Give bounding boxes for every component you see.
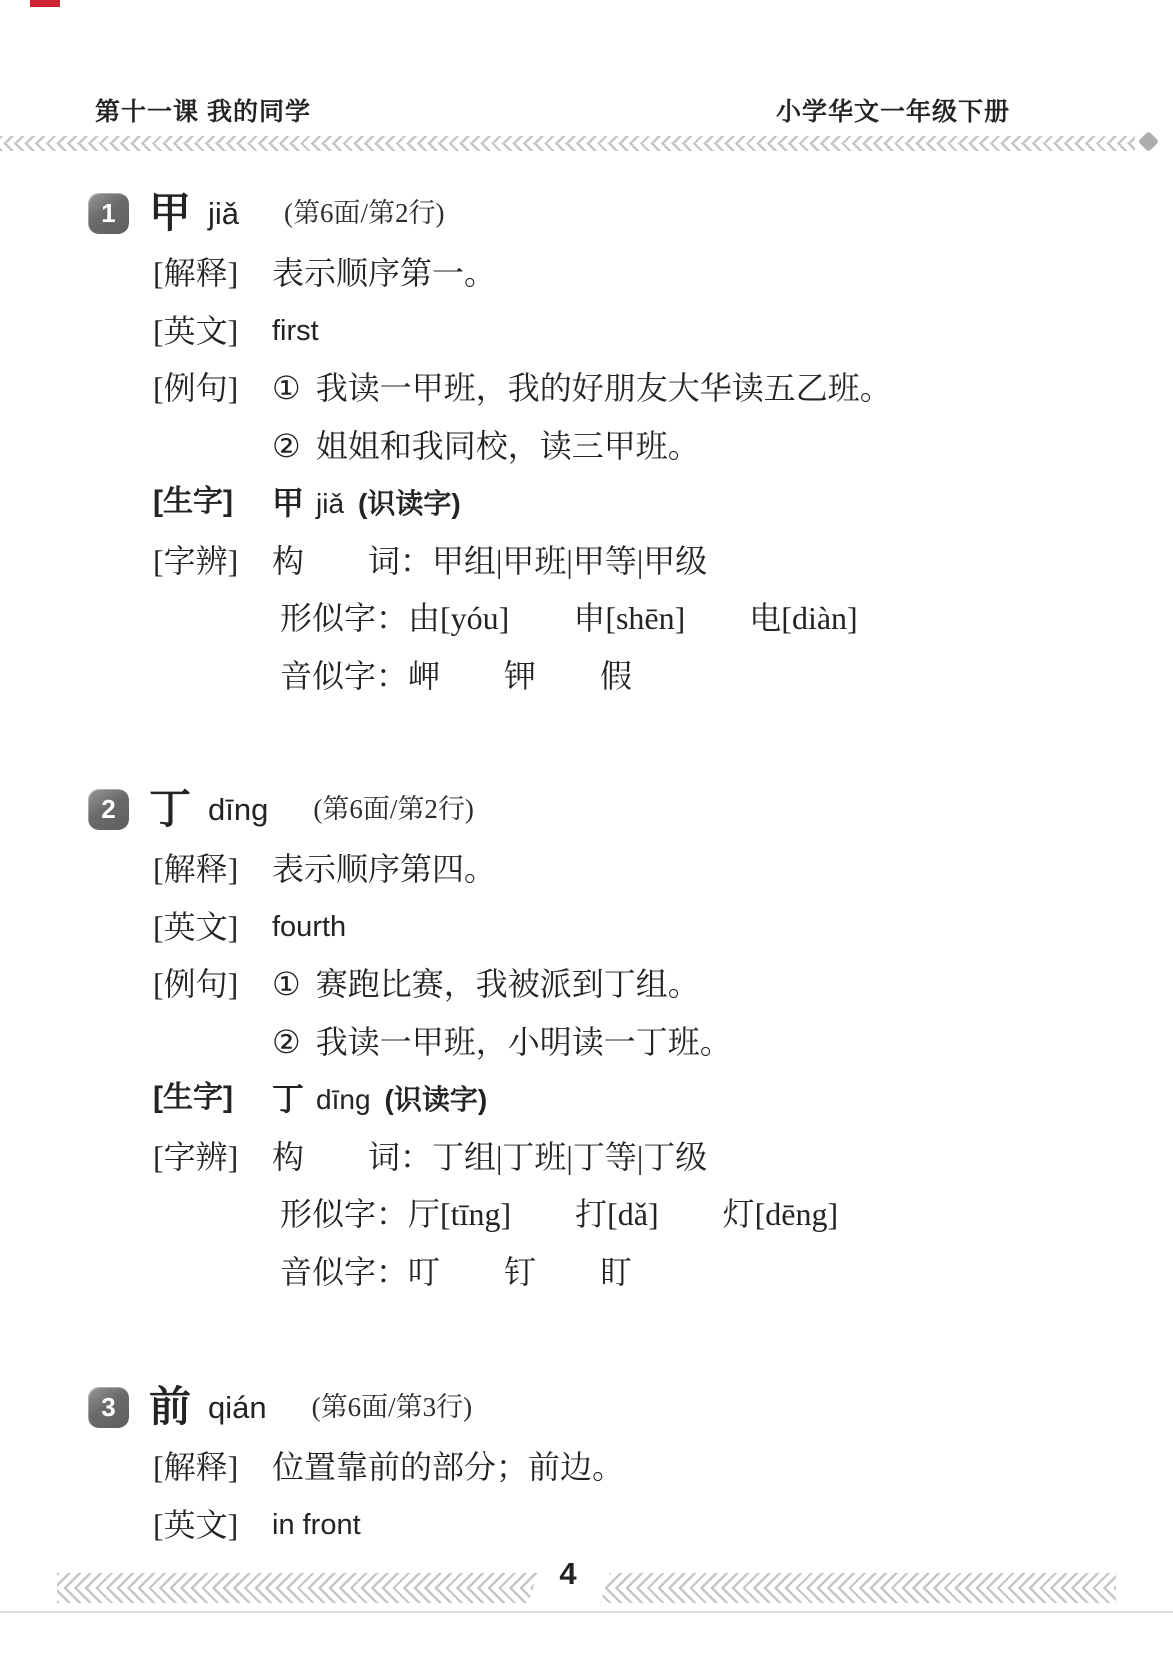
- new-word-label: [生字]: [153, 484, 272, 520]
- definition-row: [解释] 位置靠前的部分；前边。: [153, 1448, 624, 1506]
- word-discrimination-row: [字辨] 构 词：甲组|甲班|甲等|甲级: [153, 542, 892, 600]
- page-number: 4: [538, 1556, 598, 1592]
- example-number-2: ②: [272, 1023, 301, 1061]
- example-label: [例句]: [153, 965, 272, 1003]
- chevron-pattern: [0, 136, 1135, 144]
- page-header: 第十一课 我的同学 小学华文一年级下册: [95, 92, 1010, 128]
- definition-text: 表示顺序第四。: [272, 850, 496, 888]
- example-text-2: 姐姐和我同校，读三甲班。: [316, 427, 700, 465]
- example-row-1: [例句] ① 赛跑比赛，我被派到丁组。: [153, 965, 838, 1023]
- word-discrimination-row: [字辨] 构 词：丁组|丁班|丁等|丁级: [153, 1138, 838, 1196]
- new-word-label: [生字]: [153, 1080, 272, 1116]
- english-text: in front: [272, 1506, 361, 1545]
- example-label: [例句]: [153, 369, 272, 407]
- entry-number-badge: 1: [88, 193, 129, 234]
- similar-sound-text: 音似字：叮 钉 盯: [272, 1253, 632, 1291]
- header-divider-band: [0, 136, 1135, 151]
- new-word-note: (识读字): [385, 1080, 488, 1119]
- entry-word: 甲: [149, 192, 191, 234]
- entry-body: [解释] 表示顺序第一。 [英文] first [例句] ① 我读一甲班，我的好…: [153, 254, 892, 714]
- english-label: [英文]: [153, 1506, 272, 1544]
- example-number-1: ①: [272, 369, 301, 407]
- compound-words-text: 构 词：丁组|丁班|丁等|丁级: [272, 1138, 707, 1176]
- similar-sound-row: 音似字：岬 钾 假: [153, 657, 892, 715]
- entry-pinyin: dīng: [208, 794, 268, 825]
- example-row-2: ② 我读一甲班，小明读一丁班。: [153, 1023, 838, 1081]
- similar-sound-text: 音似字：岬 钾 假: [272, 657, 632, 695]
- english-text: fourth: [272, 908, 346, 947]
- english-text: first: [272, 312, 319, 351]
- similar-form-text: 形似字：厅[tīng] 打[dǎ] 灯[dēng]: [272, 1195, 838, 1233]
- word-discrimination-label: [字辨]: [153, 1138, 272, 1176]
- example-text-1: 我读一甲班，我的好朋友大华读五乙班。: [316, 369, 892, 407]
- example-text-1: 赛跑比赛，我被派到丁组。: [316, 965, 700, 1003]
- english-label: [英文]: [153, 908, 272, 946]
- entry-page-ref: (第6面/第2行): [313, 796, 473, 823]
- entry-word: 丁: [149, 788, 191, 830]
- example-row-2: ② 姐姐和我同校，读三甲班。: [153, 427, 892, 485]
- book-title: 小学华文一年级下册: [776, 92, 1010, 128]
- english-label: [英文]: [153, 312, 272, 350]
- lesson-title: 第十一课 我的同学: [95, 92, 311, 128]
- chevron-pattern: [0, 144, 1135, 152]
- definition-label: [解释]: [153, 850, 272, 888]
- example-number-1: ①: [272, 965, 301, 1003]
- word-discrimination-label: [字辨]: [153, 542, 272, 580]
- new-word-char: 丁: [272, 1080, 304, 1118]
- new-word-note: (识读字): [358, 484, 461, 523]
- english-row: [英文] first: [153, 312, 892, 370]
- entry-page-ref: (第6面/第3行): [312, 1394, 472, 1421]
- definition-label: [解释]: [153, 254, 272, 292]
- english-row: [英文] fourth: [153, 908, 838, 966]
- similar-form-row: 形似字：由[yóu] 申[shēn] 电[diàn]: [153, 599, 892, 657]
- definition-row: [解释] 表示顺序第四。: [153, 850, 838, 908]
- entry-head: 1 甲 jiǎ (第6面/第2行): [88, 192, 445, 234]
- definition-text: 表示顺序第一。: [272, 254, 496, 292]
- diamond-ornament-icon: [1138, 131, 1159, 152]
- entry-pinyin: jiǎ: [208, 198, 239, 229]
- entry-body: [解释] 位置靠前的部分；前边。 [英文] in front: [153, 1448, 624, 1563]
- entry-number-badge: 2: [88, 789, 129, 830]
- new-word-row: [生字] 甲 jiǎ (识读字): [153, 484, 892, 542]
- definition-label: [解释]: [153, 1448, 272, 1486]
- new-word-pinyin: jiǎ: [316, 484, 344, 523]
- compound-words-text: 构 词：甲组|甲班|甲等|甲级: [272, 542, 707, 580]
- entry-pinyin: qián: [208, 1392, 267, 1423]
- english-row: [英文] in front: [153, 1506, 624, 1564]
- new-word-pinyin: dīng: [316, 1080, 371, 1119]
- definition-row: [解释] 表示顺序第一。: [153, 254, 892, 312]
- similar-form-text: 形似字：由[yóu] 申[shēn] 电[diàn]: [272, 599, 858, 637]
- example-text-2: 我读一甲班，小明读一丁班。: [316, 1023, 732, 1061]
- entry-body: [解释] 表示顺序第四。 [英文] fourth [例句] ① 赛跑比赛，我被派…: [153, 850, 838, 1310]
- example-row-1: [例句] ① 我读一甲班，我的好朋友大华读五乙班。: [153, 369, 892, 427]
- entry-number-badge: 3: [88, 1387, 129, 1428]
- example-number-2: ②: [272, 427, 301, 465]
- definition-text: 位置靠前的部分；前边。: [272, 1448, 624, 1486]
- new-word-char: 甲: [272, 484, 304, 522]
- entry-word: 前: [149, 1386, 191, 1428]
- entry-head: 2 丁 dīng (第6面/第2行): [88, 788, 474, 830]
- red-corner-mark: [30, 0, 60, 7]
- entry-head: 3 前 qián (第6面/第3行): [88, 1386, 472, 1428]
- new-word-row: [生字] 丁 dīng (识读字): [153, 1080, 838, 1138]
- similar-form-row: 形似字：厅[tīng] 打[dǎ] 灯[dēng]: [153, 1195, 838, 1253]
- footer-rule: [0, 1611, 1173, 1613]
- textbook-page: 第十一课 我的同学 小学华文一年级下册 1 甲 jiǎ (第6面/第2行) [解…: [0, 0, 1173, 1667]
- entry-page-ref: (第6面/第2行): [284, 200, 444, 227]
- similar-sound-row: 音似字：叮 钉 盯: [153, 1253, 838, 1311]
